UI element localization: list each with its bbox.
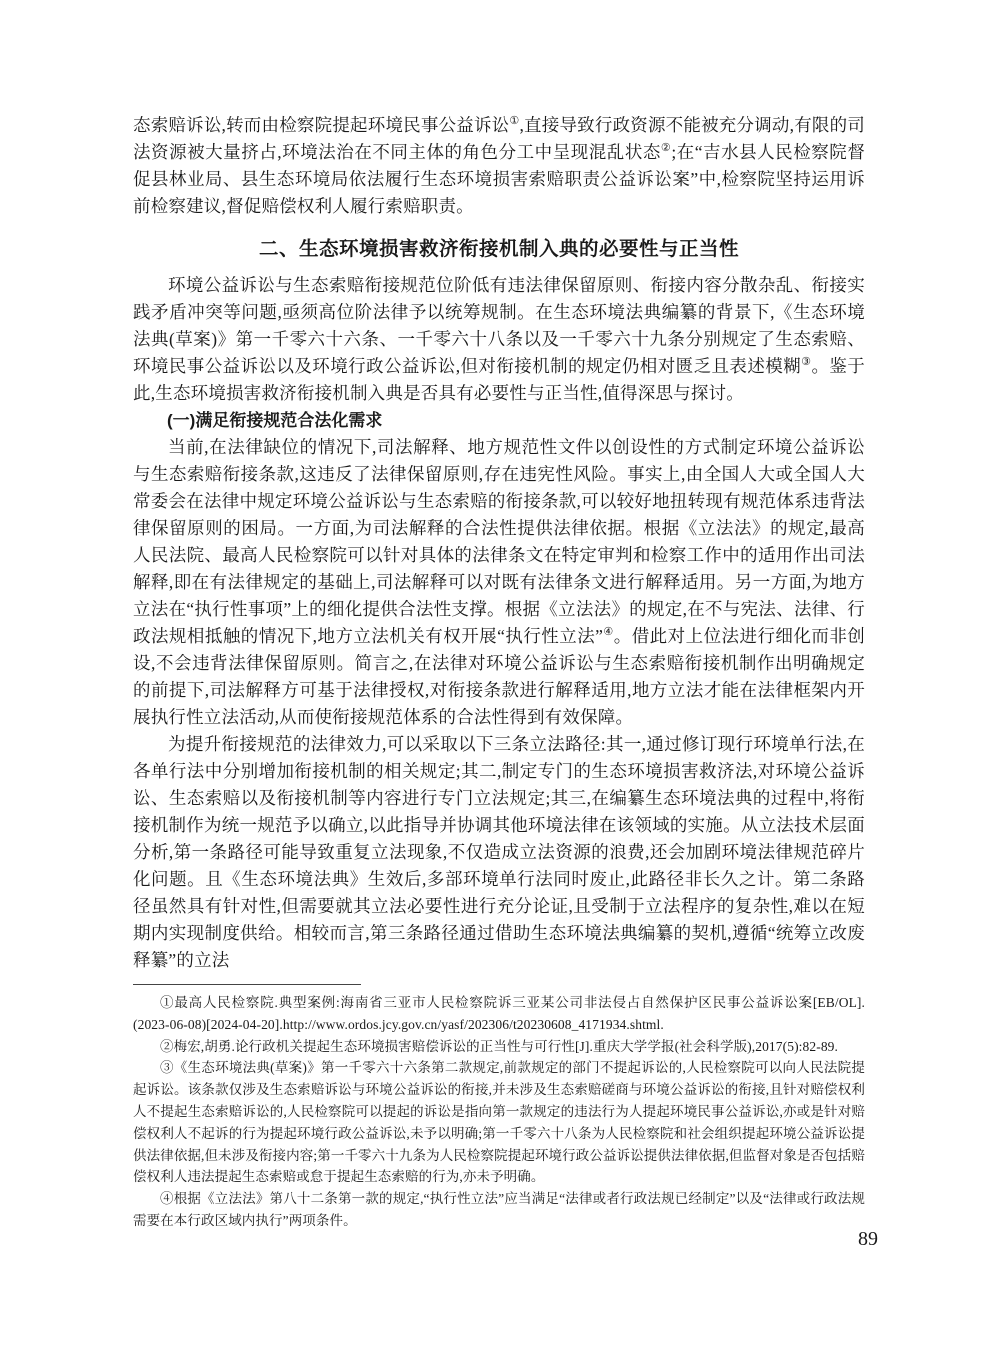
journal-page: 态索赔诉讼,转而由检察院提起环境民事公益诉讼①,直接导致行政资源不能被充分调动,…	[0, 0, 1000, 1347]
footnote-marker: ②	[661, 142, 671, 154]
text-run: 为提升衔接规范的法律效力,可以采取以下三条立法路径:其一,通过修订现行环境单行法…	[133, 734, 865, 970]
text-run: 态索赔诉讼,转而由检察院提起环境民事公益诉讼	[133, 115, 509, 135]
footnote-separator-rule	[133, 984, 361, 985]
body-paragraph-continuation: 态索赔诉讼,转而由检察院提起环境民事公益诉讼①,直接导致行政资源不能被充分调动,…	[133, 112, 865, 220]
footnote-marker: ③	[801, 356, 811, 368]
page-body: 态索赔诉讼,转而由检察院提起环境民事公益诉讼①,直接导致行政资源不能被充分调动,…	[133, 112, 865, 974]
text-run: 当前,在法律缺位的情况下,司法解释、地方规范性文件以创设性的方式制定环境公益诉讼…	[133, 437, 865, 646]
footnote-3: ③《生态环境法典(草案)》第一千零六十六条第二款规定,前款规定的部门不提起诉讼的…	[133, 1057, 865, 1188]
body-paragraph: 当前,在法律缺位的情况下,司法解释、地方规范性文件以创设性的方式制定环境公益诉讼…	[133, 434, 865, 731]
body-paragraph: 为提升衔接规范的法律效力,可以采取以下三条立法路径:其一,通过修订现行环境单行法…	[133, 731, 865, 974]
section-heading: 二、生态环境损害救济衔接机制入典的必要性与正当性	[133, 235, 865, 263]
subsection-heading: (一)满足衔接规范合法化需求	[133, 407, 865, 434]
footnote-4: ④根据《立法法》第八十二条第一款的规定,“执行性立法”应当满足“法律或者行政法规…	[133, 1188, 865, 1232]
footnote-marker: ①	[509, 115, 519, 127]
footnote-1: ①最高人民检察院.典型案例:海南省三亚市人民检察院诉三亚某公司非法侵占自然保护区…	[133, 992, 865, 1036]
footnote-marker: ④	[603, 626, 614, 638]
footnote-block: ①最高人民检察院.典型案例:海南省三亚市人民检察院诉三亚某公司非法侵占自然保护区…	[133, 984, 865, 1232]
page-number: 89	[858, 1228, 878, 1251]
text-run: 环境公益诉讼与生态索赔衔接规范位阶低有违法律保留原则、衔接内容分散杂乱、衔接实践…	[133, 275, 865, 376]
footnote-2: ②梅宏,胡勇.论行政机关提起生态环境损害赔偿诉讼的正当性与可行性[J].重庆大学…	[133, 1036, 865, 1058]
body-paragraph: 环境公益诉讼与生态索赔衔接规范位阶低有违法律保留原则、衔接内容分散杂乱、衔接实践…	[133, 272, 865, 407]
